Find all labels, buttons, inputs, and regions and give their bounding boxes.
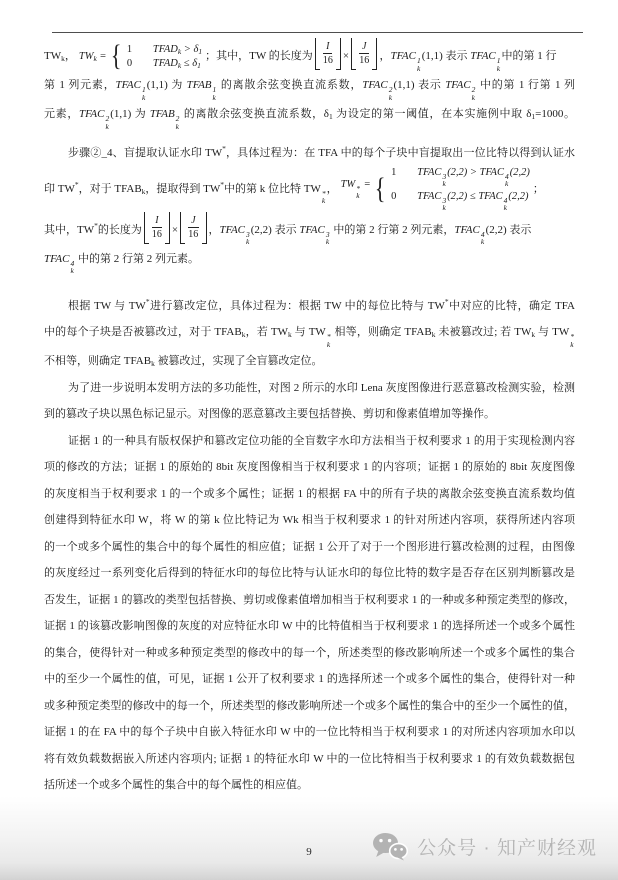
floor-bracket-right-icon (165, 212, 170, 244)
supsub: 3k (442, 173, 446, 188)
subscript: k (176, 123, 180, 131)
math-var: TFAC (445, 79, 470, 91)
math-var: TFAC (478, 191, 502, 202)
subscript: k (481, 238, 485, 246)
text-run: ，具体过程为：在 TFA 中的每个子块中盲提取出一位比特以得到认证水 (226, 147, 575, 159)
denominator: 16 (323, 54, 333, 67)
fraction: J16 (356, 38, 372, 70)
page: TWk，TWk = {1TFADk > δ10TFADk ≤ δ1；其中，TW … (0, 0, 618, 880)
text-run: 步骤②_4、盲提取认证水印 TW (68, 147, 222, 159)
text-run: 将有效负载数据嵌入所述内容项内; 证据 1 的特征水印 W 中的一位比特相当于权… (44, 753, 575, 765)
text-run: 的灰度相当于权利要求 1 的一个或多个属性；证据 1 的根据 FA 中的所有子块… (44, 488, 575, 500)
supsub: 3k (326, 231, 330, 246)
text-line: 证据 1 的一种具有版权保护和篡改定位功能的全盲数字水印方法相当于权利要求 1 … (44, 428, 575, 455)
text-run: ≤ (181, 58, 192, 69)
text-run: 中的第 1 行 (502, 50, 557, 62)
math-var: TFAC (362, 79, 387, 91)
supsub: 4k (505, 173, 509, 188)
supsub: 3k (442, 197, 446, 212)
text-run: 与 TW (535, 326, 569, 338)
supsub: 1k (497, 57, 501, 72)
fraction: I16 (149, 212, 165, 244)
text-line: 的灰度相当于权利要求 1 的一个或多个属性；证据 1 的根据 FA 中的所有子块… (44, 481, 575, 508)
text-run: ； (533, 183, 544, 195)
text-run: 被篡改过，实现了全盲篡改定位。 (155, 355, 323, 367)
supsub: 2k (105, 115, 109, 130)
math-var: TFAD (153, 58, 178, 69)
case-value: 1 (391, 167, 417, 178)
numerator: I (323, 41, 332, 54)
text-run: > (181, 44, 193, 55)
text-run: 的离散余弦变换直流系数，δ (180, 108, 329, 120)
text-run: ，提取得到 TW (145, 183, 220, 195)
supsub: 3k (246, 231, 250, 246)
text-run: 为了进一步说明本发明方法的多功能性，对图 2 所示的水印 Lena 灰度图像进行… (68, 382, 575, 394)
text-run: TW (44, 50, 61, 62)
left-brace-glyph: { (110, 41, 121, 71)
text-line: 括所述一个或多个属性的集合中的每个属性的相应值。 (44, 772, 575, 799)
math-var: TW (79, 51, 94, 62)
case-condition: TFADk ≤ δ1 (153, 58, 201, 69)
floor-bracket-right-icon (202, 212, 207, 244)
text-line: 第 1 列元素，TFAC1k(1,1) 为 TFAB1k 的离散余弦变换直流系数… (44, 72, 575, 101)
text-line: 将有效负载数据嵌入所述内容项内; 证据 1 的特征水印 W 中的一位比特相当于权… (44, 746, 575, 773)
text-run: × (343, 50, 349, 62)
text-line: 元素，TFAC2k(1,1) 为 TFAB2k 的离散余弦变换直流系数，δ1 为… (44, 101, 575, 130)
text-line: TFAC4k 中的第 2 行第 2 列元素。 (44, 246, 575, 275)
text-run: 印 TW (44, 183, 75, 195)
watermark: 公众号 · 知产财经观 (372, 832, 597, 861)
text-line: 到的篡改子块以黑色标记显示。对图像的恶意篡改主要包括替换、剪切和像素值增加等操作… (44, 401, 575, 428)
text-run: 未被篡改过; 若 TW (435, 326, 531, 338)
numerator: I (152, 215, 161, 228)
supsub: 2k (472, 86, 476, 101)
subscript: k (105, 123, 109, 131)
supsub: 2k (176, 115, 180, 130)
denominator: 16 (359, 54, 369, 67)
text-run: 证据 1 的该篡改影响图像的灰度的对应特征水印 W 中的比特值相当于权利要求 1… (44, 620, 575, 632)
math-var: TFAC (299, 224, 324, 236)
case-rows: 1TFADk > δ10TFADk ≤ δ1 (127, 44, 202, 69)
text-line: TWk，TWk = {1TFADk > δ10TFADk ≤ δ1；其中，TW … (44, 38, 575, 72)
text-run: (2,2) 表示 (251, 224, 300, 236)
text-line: 的灰度经过一系列变化后得到的特征水印的每位比特与认证水印的每位比特的数字是否存在… (44, 560, 575, 587)
text-run: 的灰度经过一系列变化后得到的特征水印的每位比特与认证水印的每位比特的数字是否存在… (44, 567, 575, 579)
subscript: k (417, 65, 421, 73)
text-run: 进行篡改定位，具体过程为：根据 TW 中的每位比特与 TW (150, 300, 445, 312)
subscript: k (70, 267, 74, 275)
text-run: 的离散余弦变换直流系数， (217, 79, 362, 91)
text-line: 的集合，使得针对一种或多种预定类型的修改中的每一个，所述类型的修改影响所述一个或… (44, 640, 575, 667)
text-line: 证据 1 的该篡改影响图像的灰度的对应特征水印 W 中的比特值相当于权利要求 1… (44, 613, 575, 640)
wechat-icon (372, 832, 408, 861)
floor-fraction: I16 (315, 38, 341, 70)
subscript: k (472, 94, 476, 102)
supsub: *k (356, 185, 360, 200)
text-run: 到的篡改子块以黑色标记显示。对图像的恶意篡改主要包括替换、剪切和像素值增加等操作… (44, 408, 495, 420)
math-var: TFAB (150, 108, 175, 120)
fraction: J16 (185, 212, 201, 244)
text-run: ， (209, 224, 220, 236)
text-run: 与 TW (292, 326, 326, 338)
text-line: 的一个或多个属性的集合中的每个属性的相应值；证据 1 公开了对于一个图形进行篡改… (44, 534, 575, 561)
case-value: 1 (127, 44, 153, 55)
text-run: (1,1) 为 (147, 79, 187, 91)
text-line: 创建得到特征水印 W，将 W 的第 k 位比特记为 Wk 相当于权利要求 1 的… (44, 507, 575, 534)
math-var: TFAD (153, 44, 178, 55)
text-run: (1,1) 表示 (422, 50, 471, 62)
paragraph-lena-experiment: 为了进一步说明本发明方法的多功能性，对图 2 所示的水印 Lena 灰度图像进行… (44, 375, 575, 428)
case-row: 1TFADk > δ1 (127, 44, 202, 55)
subscript: k (505, 180, 509, 188)
supsub: 4k (504, 197, 508, 212)
top-rule (52, 32, 583, 33)
supsub: 1k (417, 57, 421, 72)
case-rows: 1TFAC3k(2,2) > TFAC4k(2,2)0TFAC3k(2,2) ≤… (391, 167, 530, 212)
text-run: 不相等，则确定 TFAB (44, 355, 151, 367)
text-line: 中的至少一个属性的值，可见，证据 1 公开了权利要求 1 的选择所述一个或多个属… (44, 666, 575, 693)
paragraph-step-2-4: 步骤②_4、盲提取认证水印 TW*，具体过程为：在 TFA 中的每个子块中盲提取… (44, 140, 575, 275)
supsub: 4k (481, 231, 485, 246)
case-row: 0TFAC3k(2,2) ≤ TFAC4k(2,2) (391, 191, 530, 212)
text-run: 为设定的第一阈值，在本实施例中取 δ (333, 108, 532, 120)
math-var: TFAC (116, 79, 141, 91)
text-run: 相等，则确定 TFAB (332, 326, 432, 338)
denominator: 16 (152, 228, 162, 241)
text-run: 元素， (44, 108, 79, 120)
text-run: ， (327, 183, 338, 195)
case-row: 1TFAC3k(2,2) > TFAC4k(2,2) (391, 167, 530, 188)
text-run: × (172, 224, 178, 236)
subscript: 1 (198, 47, 202, 56)
subscript: 1 (197, 61, 201, 70)
text-run: =1000。 (535, 108, 575, 120)
denominator: 16 (188, 228, 198, 241)
cases-formula: TW*k = {1TFAC3k(2,2) > TFAC4k(2,2)0TFAC3… (341, 167, 530, 212)
text-line: 根据 TW 与 TW*进行篡改定位，具体过程为：根据 TW 中的每位比特与 TW… (44, 293, 575, 320)
text-run: 中的第 2 行第 2 列元素， (331, 224, 455, 236)
case-condition: TFAC3k(2,2) ≤ TFAC4k(2,2) (417, 191, 528, 212)
text-run: 创建得到特征水印 W，将 W 的第 k 位比特记为 Wk 相当于权利要求 1 的… (44, 514, 575, 526)
text-run: 的集合，使得针对一种或多种预定类型的修改中的每一个，所述类型的修改影响所述一个或… (44, 647, 575, 659)
text-line: 证据 1 的在 FA 中的每个子块中自嵌入特征水印 W 中的一位比特相当于权利要… (44, 719, 575, 746)
text-run: 的长度为 (98, 224, 142, 236)
math-var: TFAC (454, 224, 479, 236)
text-run: ， (65, 50, 76, 62)
text-run: = (361, 179, 371, 190)
text-run: (2,2) ≤ (447, 191, 478, 202)
text-run: (2,2) > (447, 167, 479, 178)
paragraph-tamper-localization: 根据 TW 与 TW*进行篡改定位，具体过程为：根据 TW 中的每位比特与 TW… (44, 293, 575, 375)
text-run: (1,1) 表示 (393, 79, 445, 91)
math-var: TFAC (79, 108, 104, 120)
text-line: 其中，TW*的长度为I16×J16，TFAC3k(2,2) 表示 TFAC3k … (44, 212, 575, 246)
text-run: 中对应的比特，确定 TFA (449, 300, 575, 312)
supsub: 4k (70, 260, 74, 275)
math-var: TFAC (390, 50, 415, 62)
watermark-label: 公众号 · 知产财经观 (417, 833, 597, 860)
supsub: 2k (389, 86, 393, 101)
text-run: ，对于 TFAB (79, 183, 142, 195)
math-var: TFAC (470, 50, 495, 62)
subscript: k (246, 238, 250, 246)
subscript: k (570, 341, 574, 349)
text-run: 的一个或多个属性的集合中的每个属性的相应值；证据 1 公开了对于一个图形进行篡改… (44, 541, 575, 553)
numerator: J (359, 41, 369, 54)
text-run: 或多种预定类型的修改中的每一个，所述类型的修改影响所述一个或多个属性的集合中的至… (44, 700, 575, 712)
floor-bracket-right-icon (336, 38, 341, 70)
math-var: TFAC (417, 167, 441, 178)
text-run: 中的第 1 行第 1 列 (476, 79, 575, 91)
text-run: 中的第 k 位比特 TW (224, 183, 321, 195)
text-line: 不相等，则确定 TFABk 被篡改过，实现了全盲篡改定位。 (44, 348, 575, 375)
subscript: k (327, 341, 331, 349)
subscript: k (322, 197, 326, 205)
fraction: I16 (320, 38, 336, 70)
subscript: k (442, 180, 446, 188)
text-line: 项的修改的方法；证据 1 的原始的 8bit 灰度图像相当于权利要求 1 的内容… (44, 454, 575, 481)
text-run: 中的至少一个属性的值，可见，证据 1 公开了权利要求 1 的选择所述一个或多个属… (44, 673, 575, 685)
supsub: *k (327, 333, 331, 348)
case-condition: TFADk > δ1 (153, 44, 202, 55)
paragraph-authwatermark-tw: TWk，TWk = {1TFADk > δ10TFADk ≤ δ1；其中，TW … (44, 38, 575, 130)
text-run: ， (379, 50, 390, 62)
cases-formula: TWk = {1TFADk > δ10TFADk ≤ δ1 (79, 41, 202, 71)
text-line: 否发生，证据 1 的篡改的类型包括替换、剪切或像素值增加相当于权利要求 1 的一… (44, 587, 575, 614)
subscript: k (142, 94, 146, 102)
subscript: k (497, 65, 501, 73)
text-run: ，若 TW (245, 326, 288, 338)
left-brace-glyph: { (375, 174, 386, 204)
math-var: TFAC (44, 253, 69, 265)
formula-lhs: TW*k = (341, 179, 371, 200)
text-run: 括所述一个或多个属性的集合中的每个属性的相应值。 (44, 779, 308, 791)
subscript: k (504, 204, 508, 212)
document-body: TWk，TWk = {1TFADk > δ10TFADk ≤ δ1；其中，TW … (44, 38, 575, 799)
text-line: 步骤②_4、盲提取认证水印 TW*，具体过程为：在 TFA 中的每个子块中盲提取… (44, 140, 575, 167)
math-var: TFAB (187, 79, 212, 91)
subscript: k (356, 192, 360, 200)
floor-bracket-right-icon (372, 38, 377, 70)
case-condition: TFAC3k(2,2) > TFAC4k(2,2) (417, 167, 530, 188)
text-run: 根据 TW 与 TW (68, 300, 146, 312)
text-run: 第 1 列元素， (44, 79, 116, 91)
text-run: (2,2) (510, 167, 530, 178)
formula-lhs: TWk = (79, 51, 107, 62)
text-run: (1,1) 为 (110, 108, 150, 120)
subscript: k (326, 238, 330, 246)
case-value: 0 (127, 58, 153, 69)
text-run: 其中，TW (44, 224, 94, 236)
floor-fraction: J16 (351, 38, 377, 70)
subscript: k (389, 94, 393, 102)
text-run: ；其中，TW 的长度为 (205, 50, 313, 62)
text-run: 否发生，证据 1 的篡改的类型包括替换、剪切或像素值增加相当于权利要求 1 的一… (44, 594, 575, 606)
supsub: 1k (142, 86, 146, 101)
text-run: (2,2) 表示 (486, 224, 532, 236)
math-var: TFAC (480, 167, 504, 178)
paragraph-evidence-1-claim-mapping: 证据 1 的一种具有版权保护和篡改定位功能的全盲数字水印方法相当于权利要求 1 … (44, 428, 575, 799)
text-run: (2,2) (508, 191, 528, 202)
text-line: 印 TW*，对于 TFABk，提取得到 TW*中的第 k 位比特 TW*k，TW… (44, 167, 575, 212)
text-line: 或多种预定类型的修改中的每一个，所述类型的修改影响所述一个或多个属性的集合中的至… (44, 693, 575, 720)
case-row: 0TFADk ≤ δ1 (127, 58, 202, 69)
supsub: 1k (213, 86, 217, 101)
floor-fraction: J16 (180, 212, 206, 244)
math-var: TFAC (417, 191, 441, 202)
text-run: 中的每个子块是否被篡改过，对于 TFAB (44, 326, 242, 338)
supsub: *k (570, 333, 574, 348)
subscript: k (213, 94, 217, 102)
math-var: TFAC (220, 224, 245, 236)
case-value: 0 (391, 191, 417, 202)
text-run: 中的第 2 行第 2 列元素。 (75, 253, 199, 265)
numerator: J (188, 215, 198, 228)
math-var: TW (341, 179, 356, 190)
text-line: 中的每个子块是否被篡改过，对于 TFABk，若 TWk 与 TW*k 相等，则确… (44, 319, 575, 348)
text-run: 证据 1 的在 FA 中的每个子块中自嵌入特征水印 W 中的一位比特相当于权利要… (44, 726, 575, 738)
floor-fraction: I16 (144, 212, 170, 244)
text-line: 为了进一步说明本发明方法的多功能性，对图 2 所示的水印 Lena 灰度图像进行… (44, 375, 575, 402)
text-run: 项的修改的方法；证据 1 的原始的 8bit 灰度图像相当于权利要求 1 的内容… (44, 461, 575, 473)
text-run: = (97, 51, 107, 62)
supsub: *k (322, 190, 326, 205)
subscript: k (442, 204, 446, 212)
text-run: 证据 1 的一种具有版权保护和篡改定位功能的全盲数字水印方法相当于权利要求 1 … (68, 435, 575, 447)
